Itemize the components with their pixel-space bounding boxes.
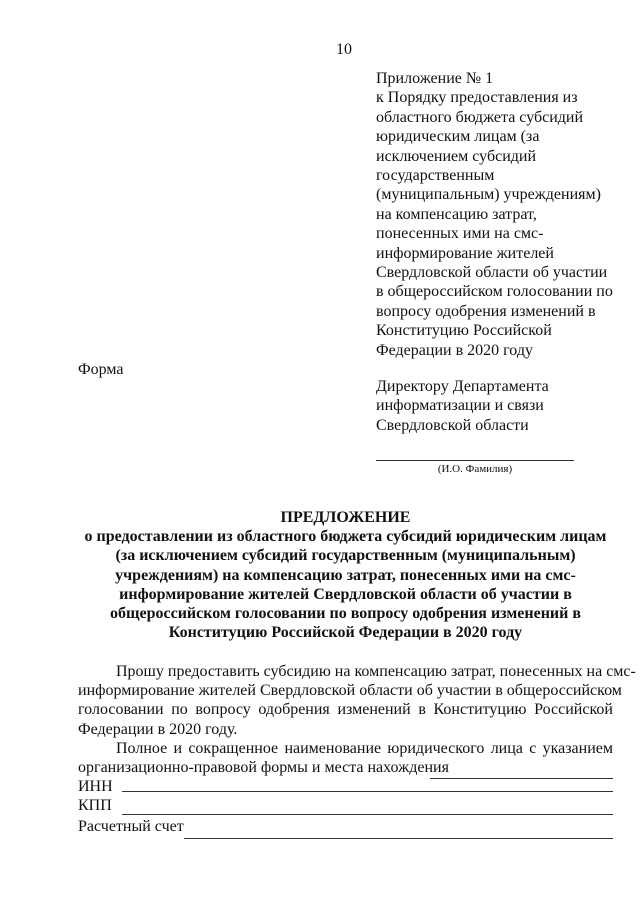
title-line: Конституцию Российской Федерации в 2020 … (78, 623, 613, 642)
body-line: организационно-правовой формы и места на… (78, 758, 613, 777)
account-field[interactable] (184, 838, 613, 839)
appendix-line: (муниципальным) учреждениям) (376, 185, 616, 204)
appendix-line: на компенсацию затрат, (376, 205, 616, 224)
body-line: Прошу предоставить субсидию на компенсац… (78, 662, 613, 681)
title-line: (за исключением субсидий государственным… (78, 546, 613, 565)
appendix-line: областного бюджета субсидий (376, 108, 616, 127)
appendix-line: государственным (376, 166, 616, 185)
addressee-line: информатизации и связи (376, 396, 616, 415)
appendix-line: Приложение № 1 (376, 69, 616, 88)
signature-name-line[interactable] (376, 460, 574, 461)
body-line: голосовании по вопросу одобрения изменен… (78, 700, 613, 719)
request-body: Прошу предоставить субсидию на компенсац… (78, 662, 613, 777)
kpp-label: КПП (78, 797, 112, 814)
title-line: о предоставлении из областного бюджета с… (78, 527, 613, 546)
kpp-field[interactable] (122, 814, 613, 815)
appendix-line: в общероссийском голосовании по (376, 282, 616, 301)
appendix-line: информирование жителей (376, 244, 616, 263)
document-title: ПРЕДЛОЖЕНИЕ о предоставлении из областно… (78, 508, 613, 642)
appendix-line: исключением субсидий (376, 147, 616, 166)
title-line: общероссийском голосовании по вопросу од… (78, 604, 613, 623)
body-line: информирование жителей Свердловской обла… (78, 681, 613, 700)
title-heading: ПРЕДЛОЖЕНИЕ (78, 508, 613, 527)
appendix-line: Конституцию Российской (376, 321, 616, 340)
addressee-block: Директору Департамента информатизации и … (376, 377, 616, 435)
appendix-line: понесенных ими на смс- (376, 224, 616, 243)
appendix-line: Федерации в 2020 году (376, 341, 616, 360)
inn-label: ИНН (78, 778, 113, 795)
account-label: Расчетный счет (78, 818, 184, 835)
appendix-line: Свердловской области об участии (376, 263, 616, 282)
signature-caption: (И.О. Фамилия) (376, 463, 574, 476)
inn-field[interactable] (122, 791, 613, 792)
appendix-reference: Приложение № 1 к Порядку предоставления … (376, 69, 616, 360)
body-line: Полное и сокращенное наименование юридич… (78, 739, 613, 758)
appendix-line: к Порядку предоставления из (376, 88, 616, 107)
appendix-line: вопросу одобрения изменений в (376, 302, 616, 321)
addressee-line: Свердловской области (376, 416, 616, 435)
addressee-line: Директору Департамента (376, 377, 616, 396)
body-line: Федерации в 2020 году. (78, 720, 613, 739)
title-line: учреждениям) на компенсацию затрат, поне… (78, 566, 613, 585)
page-number: 10 (336, 40, 352, 59)
appendix-line: юридическим лицам (за (376, 127, 616, 146)
form-label: Форма (78, 360, 124, 379)
title-line: информирование жителей Свердловской обла… (78, 585, 613, 604)
